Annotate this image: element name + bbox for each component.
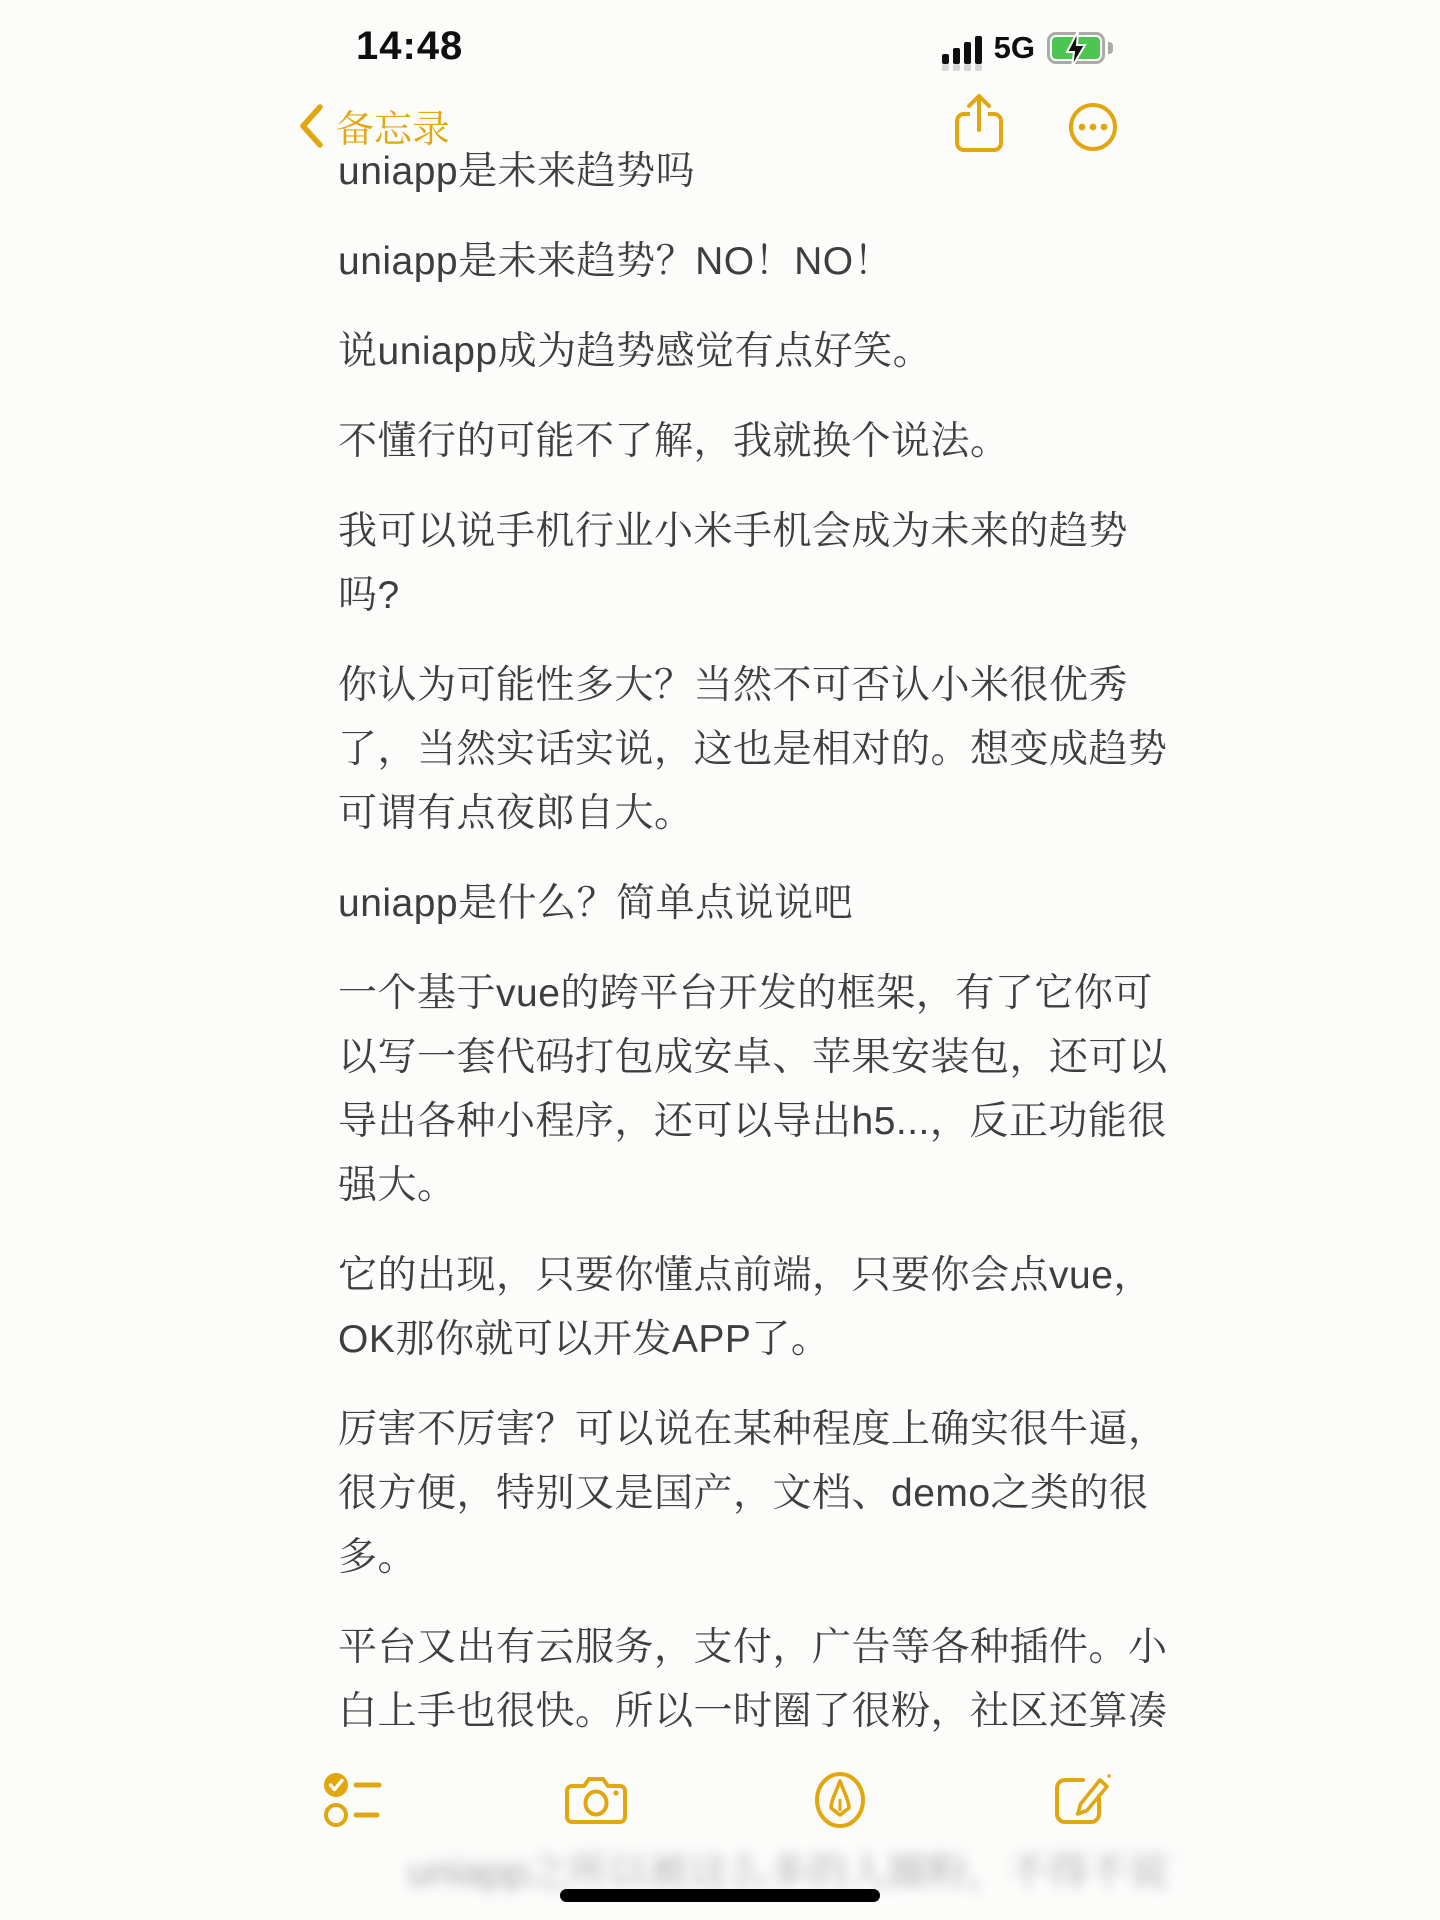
compose-icon — [1053, 1770, 1113, 1830]
camera-icon — [565, 1775, 627, 1825]
status-icons: 5G — [942, 28, 1113, 68]
note-paragraph: 你认为可能性多大？当然不可否认小米很优秀 了，当然实话实说，这也是相对的。想变成… — [338, 654, 1168, 846]
status-time: 14:48 — [356, 24, 463, 69]
compose-button[interactable] — [1052, 1769, 1114, 1831]
network-type-label: 5G — [994, 30, 1035, 66]
note-body[interactable]: uniapp是未来趋势吗 uniapp是未来趋势？NO！NO！ 说uniapp成… — [338, 140, 1168, 1770]
camera-button[interactable] — [565, 1769, 627, 1831]
cellular-signal-icon — [942, 32, 982, 64]
bottom-toolbar — [322, 1768, 1114, 1832]
charging-bolt-icon — [1061, 29, 1091, 69]
checklist-button[interactable] — [322, 1769, 384, 1831]
note-paragraph: 一个基于vue的跨平台开发的框架，有了它你可 以写一套代码打包成安卓、苹果安装包… — [338, 962, 1168, 1218]
battery-charging-icon — [1047, 32, 1113, 64]
note-paragraph: uniapp是什么？简单点说说吧 — [338, 872, 1168, 936]
status-bar: 14:48 5G — [0, 20, 1440, 70]
note-paragraph: 说uniapp成为趋势感觉有点好笑。 — [338, 320, 1168, 384]
note-paragraph: 平台又出有云服务，支付，广告等各种插件。小 白上手也很快。所以一时圈了很粉，社区… — [338, 1616, 1168, 1744]
note-paragraph: uniapp是未来趋势吗 — [338, 140, 1168, 204]
chevron-left-icon — [298, 103, 324, 149]
markup-icon — [814, 1771, 866, 1829]
note-paragraph: 厉害不厉害？可以说在某种程度上确实很牛逼， 很方便，特别又是国产，文档、demo… — [338, 1398, 1168, 1590]
checklist-icon — [323, 1771, 383, 1829]
note-paragraph: 不懂行的可能不了解，我就换个说法。 — [338, 410, 1168, 474]
note-paragraph: 我可以说手机行业小米手机会成为未来的趋势 吗? — [338, 500, 1168, 628]
markup-button[interactable] — [809, 1769, 871, 1831]
home-indicator[interactable] — [560, 1889, 880, 1902]
note-paragraph: uniapp是未来趋势？NO！NO！ — [338, 230, 1168, 294]
note-paragraph: 它的出现，只要你懂点前端，只要你会点vue， OK那你就可以开发APP了。 — [338, 1244, 1168, 1372]
